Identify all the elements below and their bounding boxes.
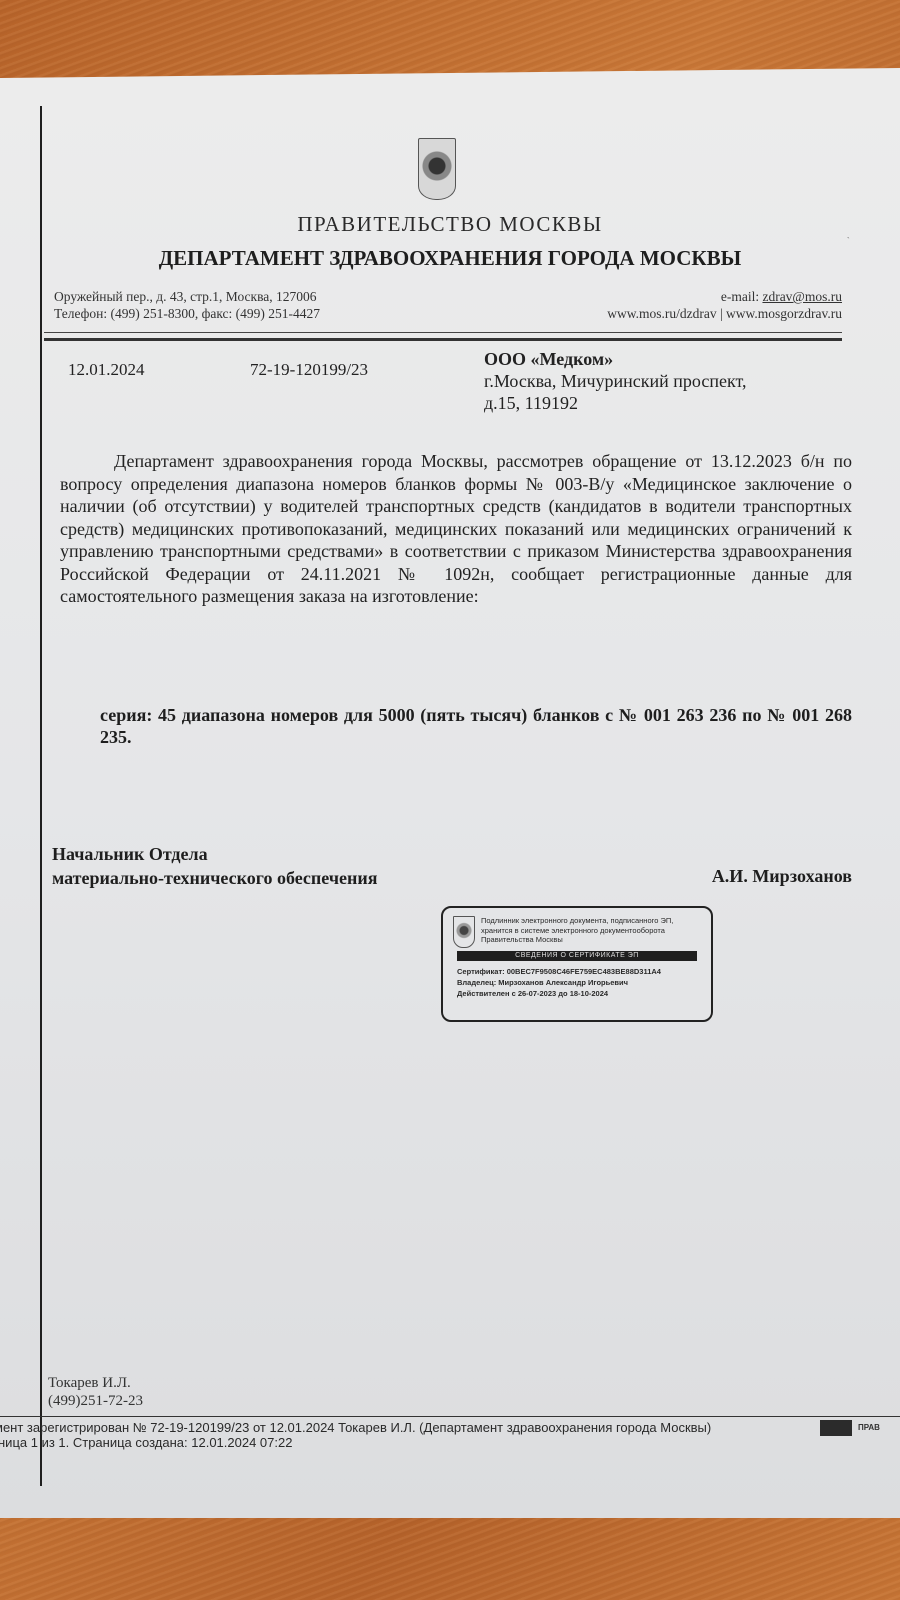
registration-line2: ница 1 из 1. Страница создана: 12.01.202… xyxy=(0,1435,711,1450)
stamp-line1: Подлинник электронного документа, подпис… xyxy=(481,916,673,926)
moscow-emblem-icon xyxy=(453,916,475,948)
letter-body: Департамент здравоохранения города Москв… xyxy=(60,450,852,608)
footer-emblem-icon xyxy=(820,1420,852,1436)
government-title: ПРАВИТЕЛЬСТВО МОСКВЫ xyxy=(0,212,900,237)
letterhead-divider xyxy=(44,332,842,341)
department-websites: www.mos.ru/dzdrav | www.mosgorzdrav.ru xyxy=(607,305,842,322)
letter-number: 72-19-120199/23 xyxy=(250,360,368,380)
stamp-line2: хранится в системе электронного документ… xyxy=(481,926,673,936)
registration-footer: мент зарегистрирован № 72-19-120199/23 о… xyxy=(0,1420,711,1450)
executor-phone: (499)251-72-23 xyxy=(48,1392,143,1410)
series-range: серия: 45 диапазона номеров для 5000 (пя… xyxy=(100,704,852,748)
department-email-row: e-mail: zdrav@mos.ru xyxy=(607,288,842,305)
stamp-header: Подлинник электронного документа, подпис… xyxy=(481,916,673,945)
addressee-org: ООО «Медком» xyxy=(484,348,747,370)
stamp-line3: Правительства Москвы xyxy=(481,935,673,945)
registration-line1: мент зарегистрирован № 72-19-120199/23 о… xyxy=(0,1420,711,1435)
letter-date: 12.01.2024 xyxy=(68,360,145,380)
department-address: Оружейный пер., д. 43, стр.1, Москва, 12… xyxy=(54,288,320,305)
department-phone: Телефон: (499) 251-8300, факс: (499) 251… xyxy=(54,305,320,322)
certificate-id: Сертификат: 00BEC7F9508C46FE759EC483BE88… xyxy=(457,966,661,977)
signatory-title-line2: материально-технического обеспечения xyxy=(52,866,377,890)
margin-rule xyxy=(40,106,42,1486)
e-signature-stamp: Подлинник электронного документа, подпис… xyxy=(441,906,713,1022)
paper-mark: ˎ xyxy=(847,228,850,239)
executor-name: Токарев И.Л. xyxy=(48,1374,143,1392)
executor-block: Токарев И.Л. (499)251-72-23 xyxy=(48,1374,143,1410)
signatory-title: Начальник Отдела материально-техническог… xyxy=(52,842,377,890)
moscow-coat-of-arms-icon xyxy=(418,138,456,200)
department-title: ДЕПАРТАМЕНТ ЗДРАВООХРАНЕНИЯ ГОРОДА МОСКВ… xyxy=(0,246,900,271)
addressee-address-line1: г.Москва, Мичуринский проспект, xyxy=(484,370,747,392)
signatory-name: А.И. Мирзоханов xyxy=(712,866,852,887)
certificate-details: Сертификат: 00BEC7F9508C46FE759EC483BE88… xyxy=(457,966,661,999)
department-email[interactable]: zdrav@mos.ru xyxy=(762,289,842,304)
footer-brand: ПРАВ xyxy=(858,1423,880,1432)
letter-page: ПРАВИТЕЛЬСТВО МОСКВЫ ДЕПАРТАМЕНТ ЗДРАВОО… xyxy=(0,68,900,1518)
email-label: e-mail: xyxy=(721,289,763,304)
signatory-title-line1: Начальник Отдела xyxy=(52,842,377,866)
addressee-block: ООО «Медком» г.Москва, Мичуринский просп… xyxy=(484,348,747,414)
registration-divider xyxy=(0,1416,900,1417)
certificate-info-bar: СВЕДЕНИЯ О СЕРТИФИКАТЕ ЭП xyxy=(457,951,697,961)
certificate-validity: Действителен с 26-07-2023 до 18-10-2024 xyxy=(457,988,661,999)
addressee-address-line2: д.15, 119192 xyxy=(484,392,747,414)
certificate-owner: Владелец: Мирзоханов Александр Игорьевич xyxy=(457,977,661,988)
